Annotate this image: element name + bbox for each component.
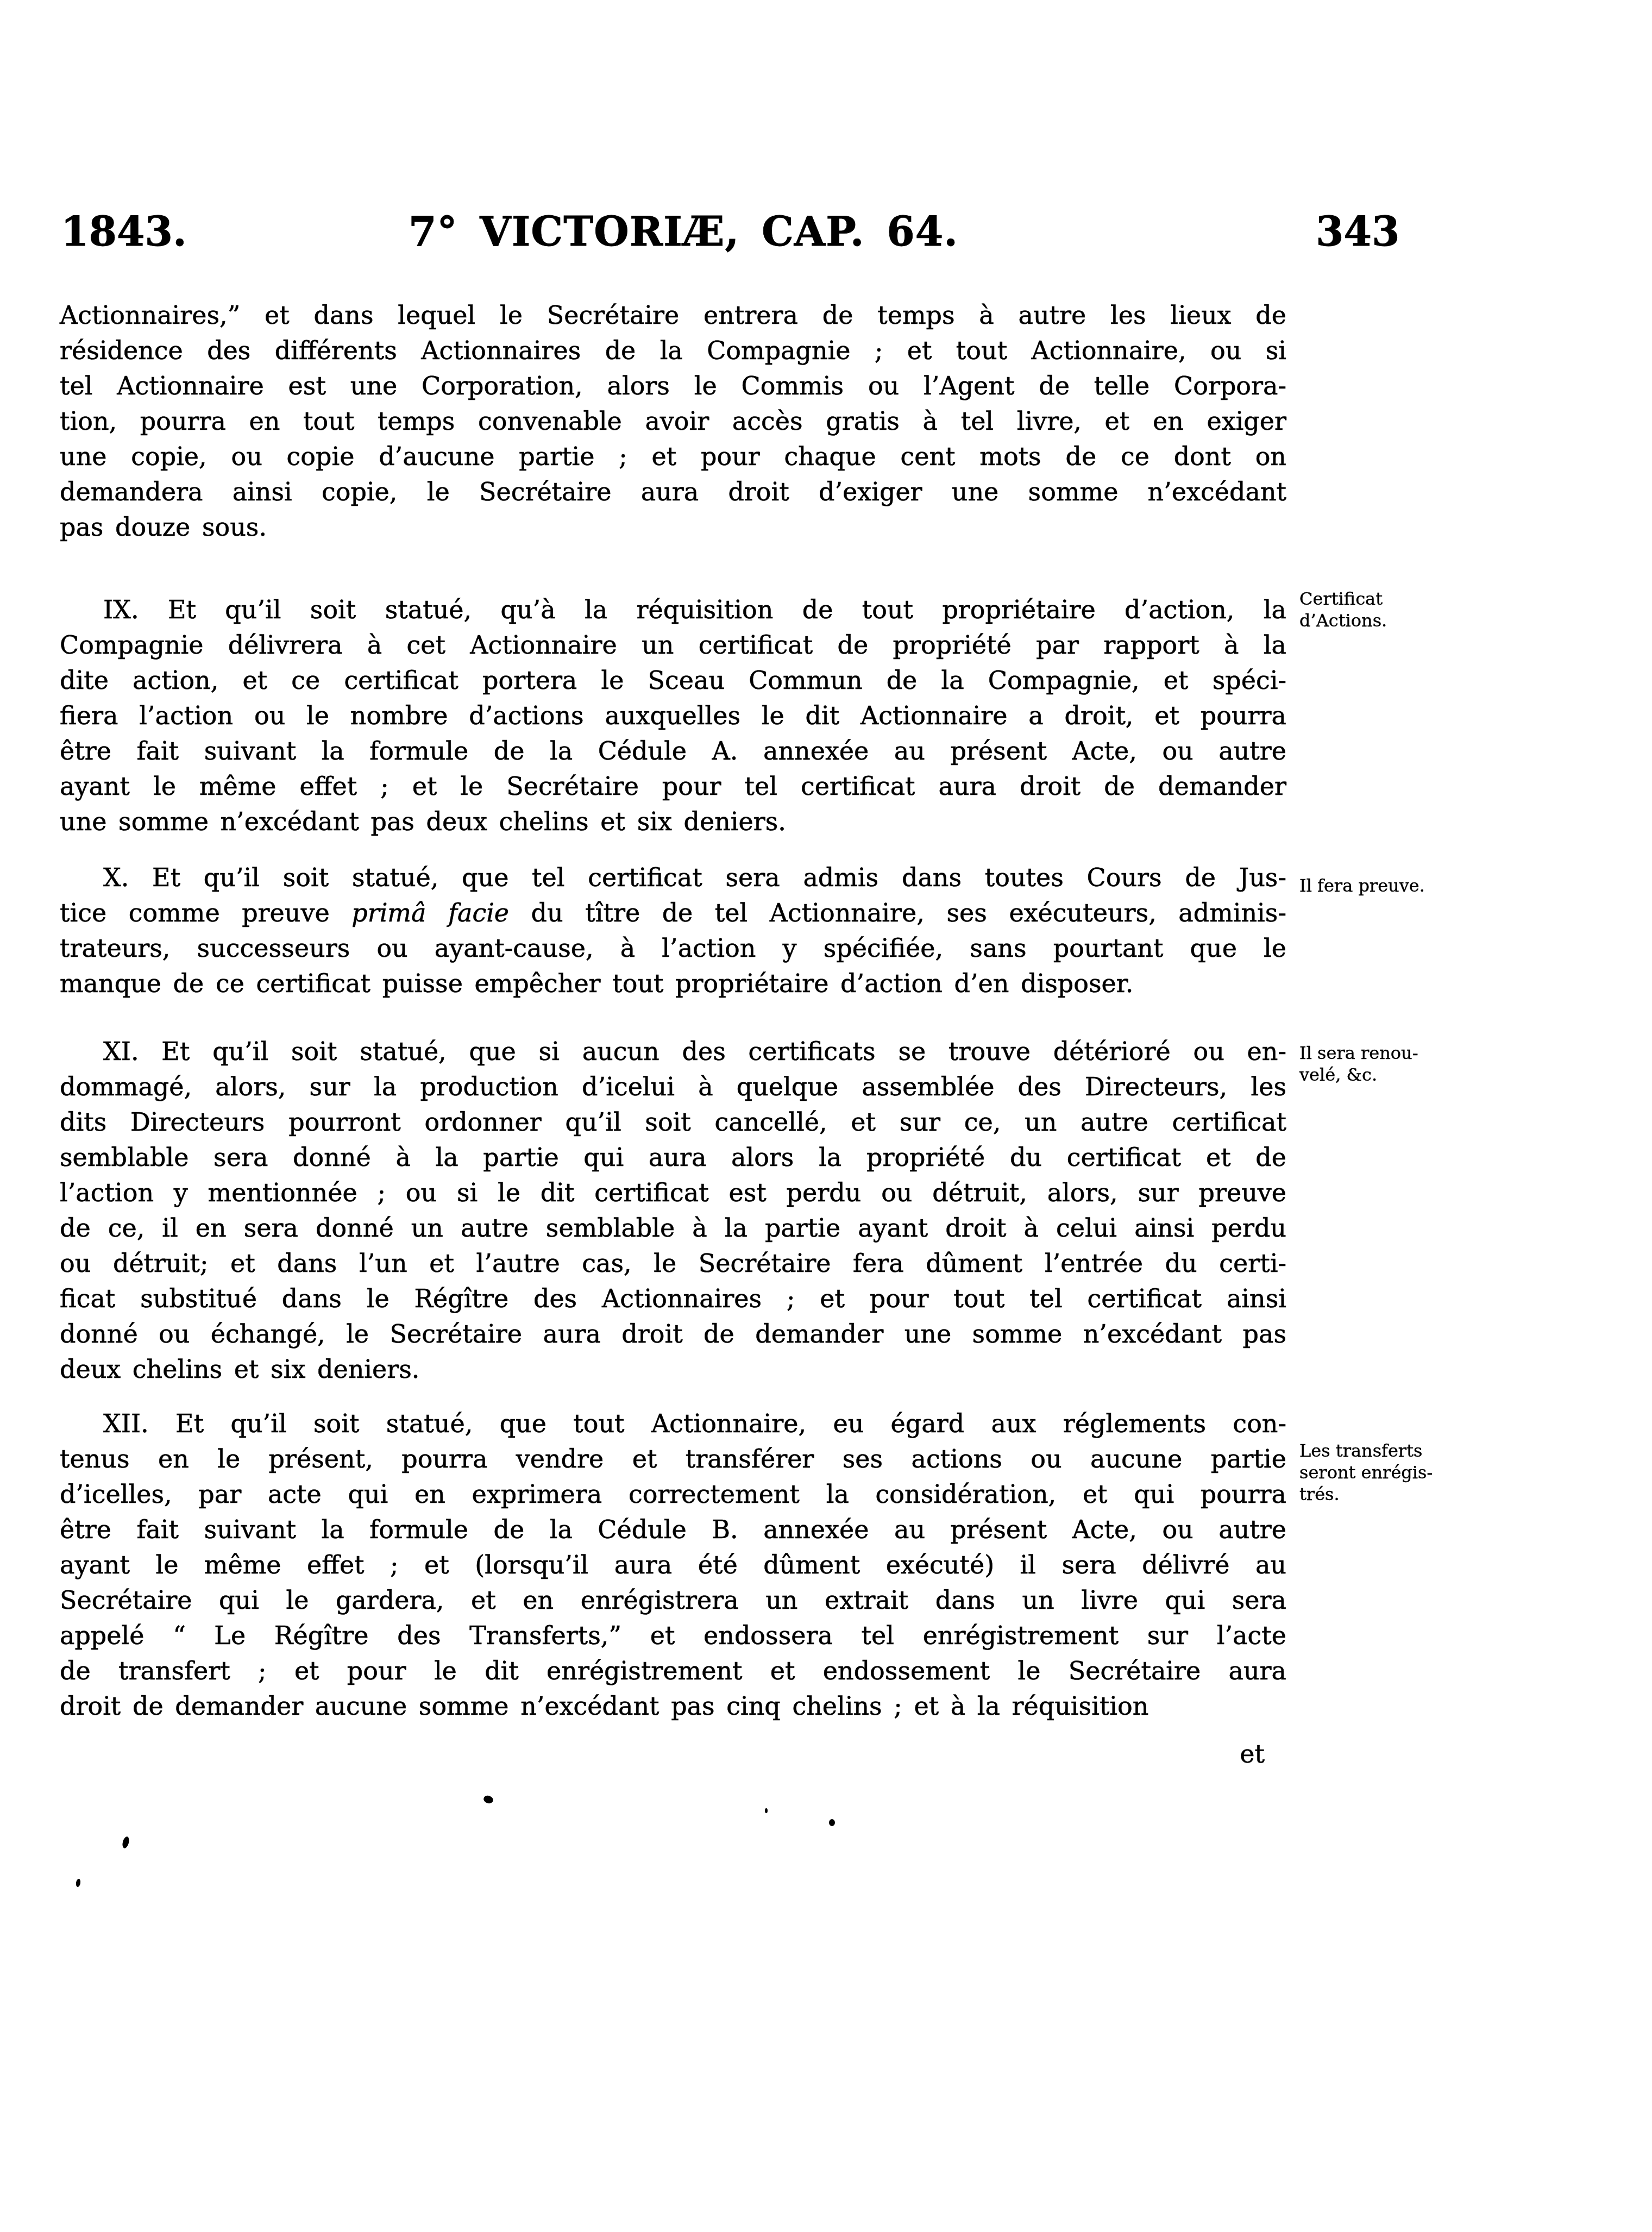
margin-note-line: Il fera preuve.: [1299, 875, 1625, 896]
catchword: et: [60, 1736, 1286, 1772]
text-line: X. Et qu’il soit statué, que tel certifi…: [60, 860, 1286, 895]
text-line: demandera ainsi copie, le Secrétaire aur…: [60, 474, 1286, 510]
text-line: XI. Et qu’il soit statué, que si aucun d…: [60, 1034, 1286, 1069]
text-line: fiera l’action ou le nombre d’actions au…: [60, 698, 1286, 733]
paragraph-section-xii: XII. Et qu’il soit statué, que tout Acti…: [60, 1406, 1286, 1724]
text-line: ficat substitué dans le Régître des Acti…: [60, 1281, 1286, 1316]
margin-note-line: Il sera renou-: [1299, 1042, 1625, 1064]
document-page: 1843. 7° VICTORIÆ, CAP. 64. 343 Actionna…: [0, 0, 1652, 2232]
text-line: manque de ce certificat puisse empêcher …: [60, 966, 1286, 1001]
text-line: être fait suivant la formule de la Cédul…: [60, 1512, 1286, 1547]
margin-note-il-fera-preuve: Il fera preuve.: [1299, 875, 1625, 896]
paragraph-section-xi: XI. Et qu’il soit statué, que si aucun d…: [60, 1034, 1286, 1387]
text-line: être fait suivant la formule de la Cédul…: [60, 733, 1286, 769]
text-segment: du tître de tel Actionnaire, ses exécute…: [509, 898, 1286, 927]
margin-note-line: d’Actions.: [1299, 610, 1625, 631]
ink-speck-icon: [121, 1836, 130, 1849]
text-line: une copie, ou copie d’aucune partie ; et…: [60, 439, 1286, 474]
text-line: une somme n’excédant pas deux chelins et…: [60, 804, 1286, 839]
text-line: ayant le même effet ; et le Secrétaire p…: [60, 769, 1286, 804]
text-line: tenus en le présent, pourra vendre et tr…: [60, 1441, 1286, 1477]
page-title: 7° VICTORIÆ, CAP. 64.: [409, 208, 958, 256]
margin-note-line: Certificat: [1299, 588, 1625, 610]
ink-speck-icon: [765, 1808, 768, 1813]
header-year: 1843.: [61, 208, 187, 256]
paragraph-section-ix: IX. Et qu’il soit statué, qu’à la réquis…: [60, 592, 1286, 839]
text-line: XII. Et qu’il soit statué, que tout Acti…: [60, 1406, 1286, 1441]
text-line: ou détruit; et dans l’un et l’autre cas,…: [60, 1246, 1286, 1281]
text-line: deux chelins et six deniers.: [60, 1352, 1286, 1387]
text-line: semblable sera donné à la partie qui aur…: [60, 1140, 1286, 1175]
header-page-number: 343: [1316, 208, 1399, 256]
margin-note-line: seront enrégis-: [1299, 1462, 1625, 1483]
text-line: tice comme preuve primâ facie du tître d…: [60, 895, 1286, 931]
text-line: donné ou échangé, le Secrétaire aura dro…: [60, 1316, 1286, 1352]
text-line: d’icelles, par acte qui en exprimera cor…: [60, 1477, 1286, 1512]
ink-speck-icon: [76, 1878, 81, 1887]
text-line: Secrétaire qui le gardera, et en enrégis…: [60, 1583, 1286, 1618]
margin-note-il-sera-renouvele: Il sera renou- velé, &c.: [1299, 1042, 1625, 1086]
text-line: dite action, et ce certificat portera le…: [60, 663, 1286, 698]
margin-note-line: trés.: [1299, 1483, 1625, 1505]
latin-phrase: primâ facie: [351, 898, 509, 927]
text-line: Actionnaires,” et dans lequel le Secréta…: [60, 298, 1286, 333]
ink-speck-icon: [482, 1794, 494, 1804]
text-line: l’action y mentionnée ; ou si le dit cer…: [60, 1175, 1286, 1211]
paragraph-section-x: X. Et qu’il soit statué, que tel certifi…: [60, 860, 1286, 1001]
margin-note-les-transferts: Les transferts seront enrégis- trés.: [1299, 1440, 1625, 1505]
text-line: ayant le même effet ; et (lorsqu’il aura…: [60, 1547, 1286, 1583]
ink-speck-icon: [829, 1819, 835, 1826]
text-line: résidence des différents Actionnaires de…: [60, 333, 1286, 368]
text-line: IX. Et qu’il soit statué, qu’à la réquis…: [60, 592, 1286, 628]
text-line: droit de demander aucune somme n’excédan…: [60, 1689, 1286, 1724]
text-segment: tice comme preuve: [60, 898, 351, 927]
text-line: Compagnie délivrera à cet Actionnaire un…: [60, 628, 1286, 663]
text-line: pas douze sous.: [60, 510, 1286, 545]
text-line: trateurs, successeurs ou ayant-cause, à …: [60, 931, 1286, 966]
text-line: dommagé, alors, sur la production d’icel…: [60, 1069, 1286, 1105]
text-line: dits Directeurs pourront ordonner qu’il …: [60, 1105, 1286, 1140]
text-line: tel Actionnaire est une Corporation, alo…: [60, 368, 1286, 404]
margin-note-certificat-actions: Certificat d’Actions.: [1299, 588, 1625, 631]
margin-note-line: velé, &c.: [1299, 1064, 1625, 1086]
margin-note-line: Les transferts: [1299, 1440, 1625, 1462]
paragraph-continuation: Actionnaires,” et dans lequel le Secréta…: [60, 298, 1286, 545]
text-line: appelé “ Le Régître des Transferts,” et …: [60, 1618, 1286, 1653]
text-line: tion, pourra en tout temps convenable av…: [60, 404, 1286, 439]
text-line: de transfert ; et pour le dit enrégistre…: [60, 1653, 1286, 1689]
text-line: de ce, il en sera donné un autre semblab…: [60, 1211, 1286, 1246]
